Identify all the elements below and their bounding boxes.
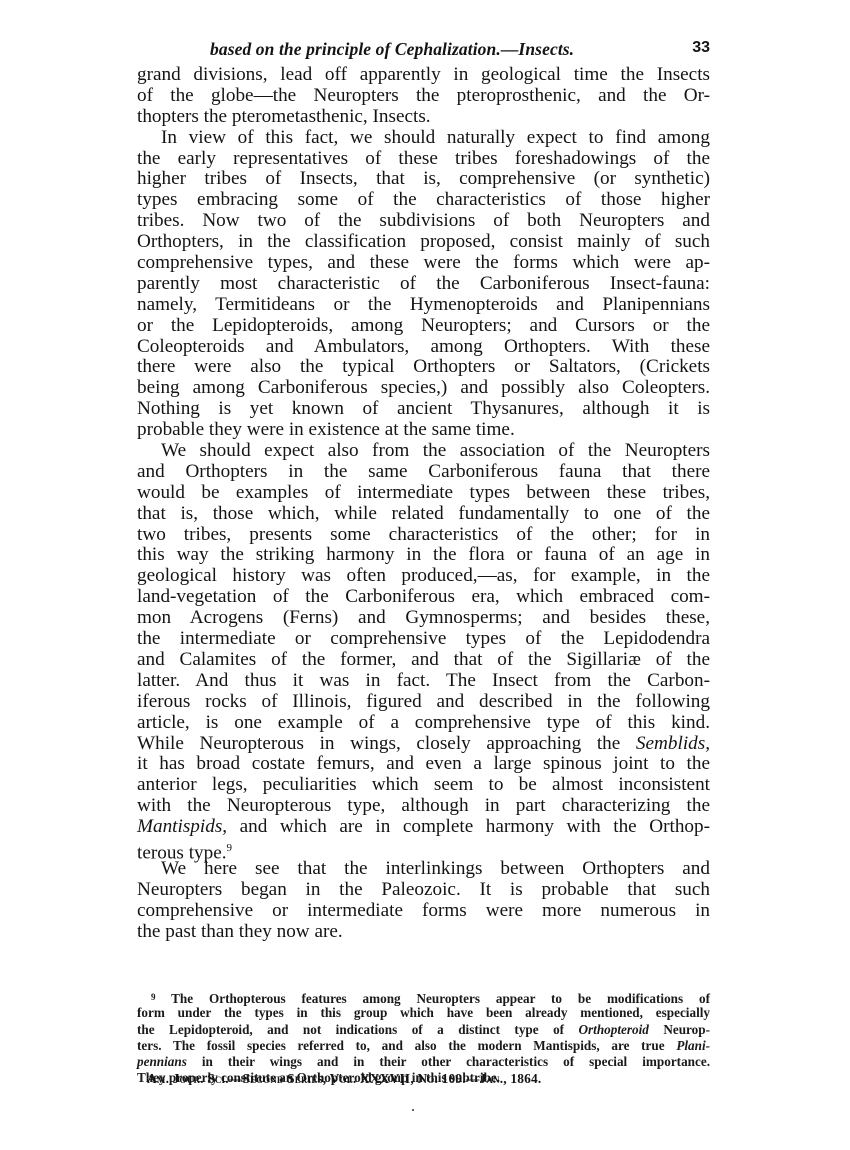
paragraph-3: We should expect also from the associati… <box>137 441 710 859</box>
text-line: being among Carboniferous species,) and … <box>137 378 710 399</box>
text-line: comprehensive or intermediate forms were… <box>137 901 710 922</box>
text-line: higher tribes of Insects, that is, compr… <box>137 169 710 190</box>
text-line: geological history was often produced,—a… <box>137 566 710 587</box>
footnote-line: form under the types in this group which… <box>137 1005 710 1021</box>
text-line: Mantispids, and which are in complete ha… <box>137 817 710 838</box>
text-line: types embracing some of the characterist… <box>137 190 710 211</box>
text-fragment: Neurop- <box>663 1022 710 1037</box>
text-line: parently most characteristic of the Carb… <box>137 274 710 295</box>
text-line: that is, those which, while related fund… <box>137 504 710 525</box>
paragraph-1: grand divisions, lead off apparently in … <box>137 65 710 128</box>
italic-term-semblids: Semblids, <box>636 733 710 754</box>
text-line: latter. And thus it was in fact. The Ins… <box>137 671 710 692</box>
text-line: Orthopters, in the classification propos… <box>137 232 710 253</box>
text-line: We should expect also from the associati… <box>137 441 710 462</box>
text-line: the intermediate or comprehensive types … <box>137 629 710 650</box>
body-text: grand divisions, lead off apparently in … <box>137 65 710 942</box>
text-line: and Calamites of the former, and that of… <box>137 650 710 671</box>
printer-mark <box>412 1109 414 1111</box>
page-number: 33 <box>692 39 710 57</box>
text-line: Neuropters began in the Paleozoic. It is… <box>137 880 710 901</box>
text-line: or the Lepidopteroids, among Neuropters;… <box>137 316 710 337</box>
footnote-line: ters. The fossil species referred to, an… <box>137 1038 710 1054</box>
footnote-marker: 9 <box>151 992 156 1002</box>
footnote-line: 9 The Orthopterous features among Neurop… <box>137 989 710 1005</box>
text-line: land-vegetation of the Carboniferous era… <box>137 587 710 608</box>
text-fragment: ters. The fossil species referred to, an… <box>137 1038 665 1053</box>
text-line: grand divisions, lead off apparently in … <box>137 65 710 86</box>
text-line: tribes. Now two of the subdivisions of b… <box>137 211 710 232</box>
text-line: mon Acrogens (Ferns) and Gymnosperms; an… <box>137 608 710 629</box>
text-line: iferous rocks of Illinois, figured and d… <box>137 692 710 713</box>
italic-term-plani: Plani- <box>676 1038 710 1053</box>
footnote-line: pennians in their wings and in their oth… <box>137 1054 710 1070</box>
text-line: of the globe—the Neuropters the pteropro… <box>137 86 710 107</box>
italic-term-orthopteroid: Orthopteroid <box>579 1022 649 1037</box>
text-fragment: the Lepidopteroid, and not indications o… <box>137 1022 564 1037</box>
text-line: two tribes, presents some characteristic… <box>137 525 710 546</box>
text-line: there were also the typical Orthopters o… <box>137 357 710 378</box>
text-fragment: in their wings and in their other charac… <box>202 1054 710 1069</box>
paragraph-2: In view of this fact, we should naturall… <box>137 128 710 441</box>
text-fragment: , and which are in complete harmony with… <box>222 816 710 837</box>
text-line: namely, Termitideans or the Hymenopteroi… <box>137 295 710 316</box>
text-line: In view of this fact, we should naturall… <box>137 128 710 149</box>
journal-signature-line: Am. Jour. Sci.—Second Series, Vol. XXXVI… <box>147 1071 541 1087</box>
text-line: it has broad costate femurs, and even a … <box>137 754 710 775</box>
text-fragment: The Orthopterous features among Neuropte… <box>171 991 710 1006</box>
text-line: Nothing is yet known of ancient Thysanur… <box>137 399 710 420</box>
text-line: terous type.9 <box>137 838 710 859</box>
text-line: the past than they now are. <box>137 922 710 943</box>
italic-term-mantispids: Mantispids <box>137 816 222 837</box>
text-line: anterior legs, peculiarities which seem … <box>137 775 710 796</box>
text-line: Coleopteroids and Ambulators, among Orth… <box>137 337 710 358</box>
paragraph-4: We here see that the interlinkings betwe… <box>137 859 710 943</box>
text-fragment: While Neuropterous in wings, closely app… <box>137 733 620 754</box>
text-line: While Neuropterous in wings, closely app… <box>137 734 710 755</box>
text-line: We here see that the interlinkings betwe… <box>137 859 710 880</box>
text-line: probable they were in existence at the s… <box>137 420 710 441</box>
text-line: would be examples of intermediate types … <box>137 483 710 504</box>
text-line: with the Neuropterous type, although in … <box>137 796 710 817</box>
italic-term-pennians: pennians <box>137 1054 187 1069</box>
text-line: and Orthopters in the same Carboniferous… <box>137 462 710 483</box>
text-line: the early representatives of these tribe… <box>137 149 710 170</box>
text-line: this way the striking harmony in the flo… <box>137 545 710 566</box>
text-line: article, is one example of a comprehensi… <box>137 713 710 734</box>
text-line: thopters the pterometasthenic, Insects. <box>137 107 710 128</box>
footnote-line: the Lepidopteroid, and not indications o… <box>137 1022 710 1038</box>
running-head-title: based on the principle of Cephalization.… <box>210 39 574 60</box>
text-line: comprehensive types, and these were the … <box>137 253 710 274</box>
running-head: based on the principle of Cephalization.… <box>137 39 710 63</box>
footnote-ref[interactable]: 9 <box>227 842 233 854</box>
